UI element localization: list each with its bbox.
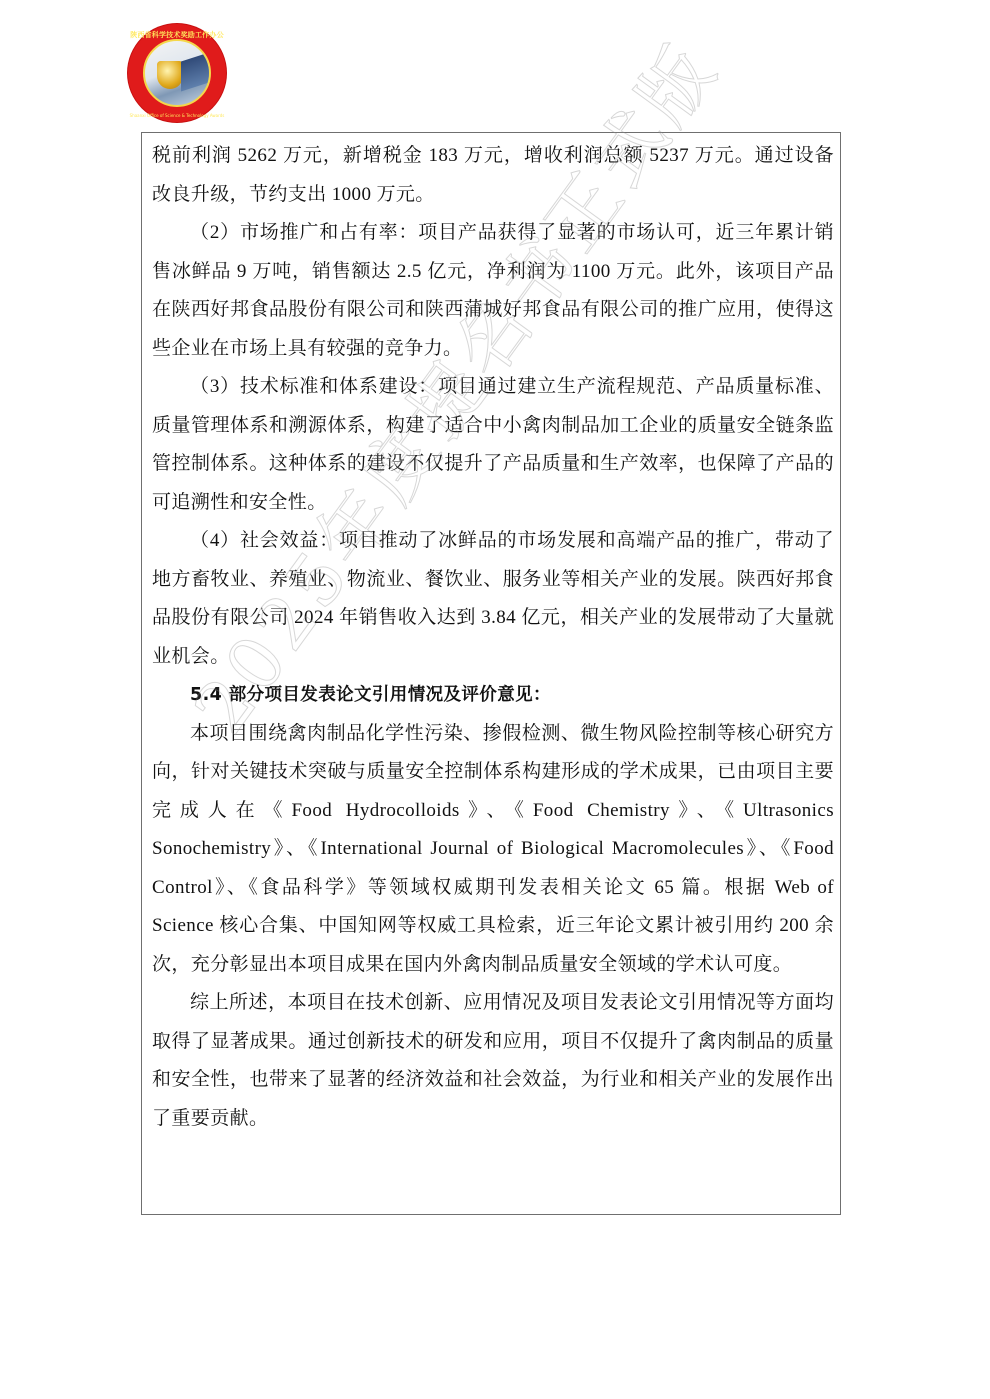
paragraph-technical-standards: （3）技术标准和体系建设：项目通过建立生产流程规范、产品质量标准、质量管理体系和… [152,368,834,522]
paragraph-social-benefit: （4）社会效益：项目推动了冰鲜品的市场发展和高端产品的推广，带动了地方畜牧业、养… [152,522,834,676]
document-body: 税前利润 5262 万元，新增税金 183 万元，增收利润总额 5237 万元。… [152,137,834,1138]
building-icon [181,52,209,91]
paragraph-paper-citations: 本项目围绕禽肉制品化学性污染、掺假检测、微生物风险控制等核心研究方向，针对关键技… [152,715,834,985]
seal-emblem-icon [143,39,211,107]
trophy-icon [157,61,183,89]
paragraph-market-promotion: （2）市场推广和占有率：项目产品获得了显著的市场认可，近三年累计销售冰鲜品 9 … [152,214,834,368]
paragraph-economic-benefit-continued: 税前利润 5262 万元，新增税金 183 万元，增收利润总额 5237 万元。… [152,137,834,214]
official-seal-logo: 陕西省科学技术奖励工作办公室 Shaanxi Office of Science… [128,24,226,122]
paragraph-conclusion: 综上所述，本项目在技术创新、应用情况及项目发表论文引用情况等方面均取得了显著成果… [152,984,834,1138]
section-heading-5-4: 5.4 部分项目发表论文引用情况及评价意见： [152,676,834,715]
seal-bottom-text: Shaanxi Office of Science & Technology A… [128,113,226,118]
